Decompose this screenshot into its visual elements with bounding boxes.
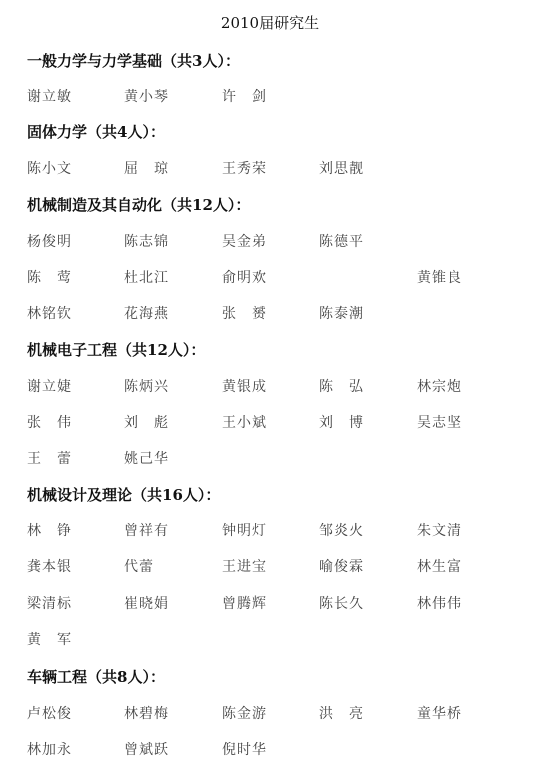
student-name: 谢立婕 xyxy=(27,376,72,396)
student-name: 陈 莺 xyxy=(27,267,72,287)
section-heading-mechatronics: 机械电子工程（共12人）： xyxy=(27,339,205,360)
student-name: 林碧梅 xyxy=(124,703,169,723)
student-name: 朱文清 xyxy=(417,520,462,540)
student-name: 黄银成 xyxy=(222,376,267,396)
student-name: 陈小文 xyxy=(27,158,72,178)
student-name: 林 铮 xyxy=(27,520,72,540)
student-name: 刘思靓 xyxy=(319,158,364,178)
student-name: 王小斌 xyxy=(222,412,267,432)
student-name: 喻俊霖 xyxy=(319,556,364,576)
student-name: 黄锥良 xyxy=(417,267,462,287)
student-name: 林铭钦 xyxy=(27,303,72,323)
student-name: 洪 亮 xyxy=(319,703,364,723)
student-name: 陈金游 xyxy=(222,703,267,723)
student-name: 屈 琼 xyxy=(124,158,169,178)
student-name: 林伟伟 xyxy=(417,593,462,613)
student-name: 张 赟 xyxy=(222,303,267,323)
student-name: 陈德平 xyxy=(319,231,364,251)
student-name: 童华桥 xyxy=(417,703,462,723)
student-name: 陈炳兴 xyxy=(124,376,169,396)
student-name: 俞明欢 xyxy=(222,267,267,287)
student-name: 卢松俊 xyxy=(27,703,72,723)
student-name: 王进宝 xyxy=(222,556,267,576)
student-name: 林宗炮 xyxy=(417,376,462,396)
student-name: 代蕾 xyxy=(124,556,154,576)
student-name: 钟明灯 xyxy=(222,520,267,540)
student-name: 王 蕾 xyxy=(27,448,72,468)
student-name: 黄 军 xyxy=(27,629,72,649)
student-name: 陈志锦 xyxy=(124,231,169,251)
student-name: 谢立敏 xyxy=(27,86,72,106)
section-heading-vehicle-engineering: 车辆工程（共8人）： xyxy=(27,666,165,687)
student-name: 邹炎火 xyxy=(319,520,364,540)
student-name: 黄小琴 xyxy=(124,86,169,106)
section-heading-mechanical-design: 机械设计及理论（共16人）： xyxy=(27,484,220,505)
student-name: 许 剑 xyxy=(222,86,267,106)
student-name: 曾祥有 xyxy=(124,520,169,540)
student-name: 林生富 xyxy=(417,556,462,576)
student-name: 张 伟 xyxy=(27,412,72,432)
section-heading-general-mechanics: 一般力学与力学基础（共3人）： xyxy=(27,50,240,71)
student-name: 花海燕 xyxy=(124,303,169,323)
section-heading-solid-mechanics: 固体力学（共4人）： xyxy=(27,121,165,142)
student-name: 曾斌跃 xyxy=(124,739,169,759)
student-name: 陈长久 xyxy=(319,593,364,613)
student-name: 刘 彪 xyxy=(124,412,169,432)
student-name: 曾腾辉 xyxy=(222,593,267,613)
student-name: 吴金弟 xyxy=(222,231,267,251)
student-name: 倪时华 xyxy=(222,739,267,759)
student-name: 龚本银 xyxy=(27,556,72,576)
student-name: 林加永 xyxy=(27,739,72,759)
student-name: 陈泰潮 xyxy=(319,303,364,323)
student-name: 杨俊明 xyxy=(27,231,72,251)
student-name: 王秀荣 xyxy=(222,158,267,178)
student-name: 梁清标 xyxy=(27,593,72,613)
student-name: 陈 弘 xyxy=(319,376,364,396)
student-name: 吴志坚 xyxy=(417,412,462,432)
student-name: 崔晓娟 xyxy=(124,593,169,613)
document-title: 2010届研究生 xyxy=(0,12,540,33)
student-name: 杜北江 xyxy=(124,267,169,287)
student-name: 姚己华 xyxy=(124,448,169,468)
section-heading-manufacturing: 机械制造及其自动化（共12人）： xyxy=(27,194,250,215)
student-name: 刘 博 xyxy=(319,412,364,432)
